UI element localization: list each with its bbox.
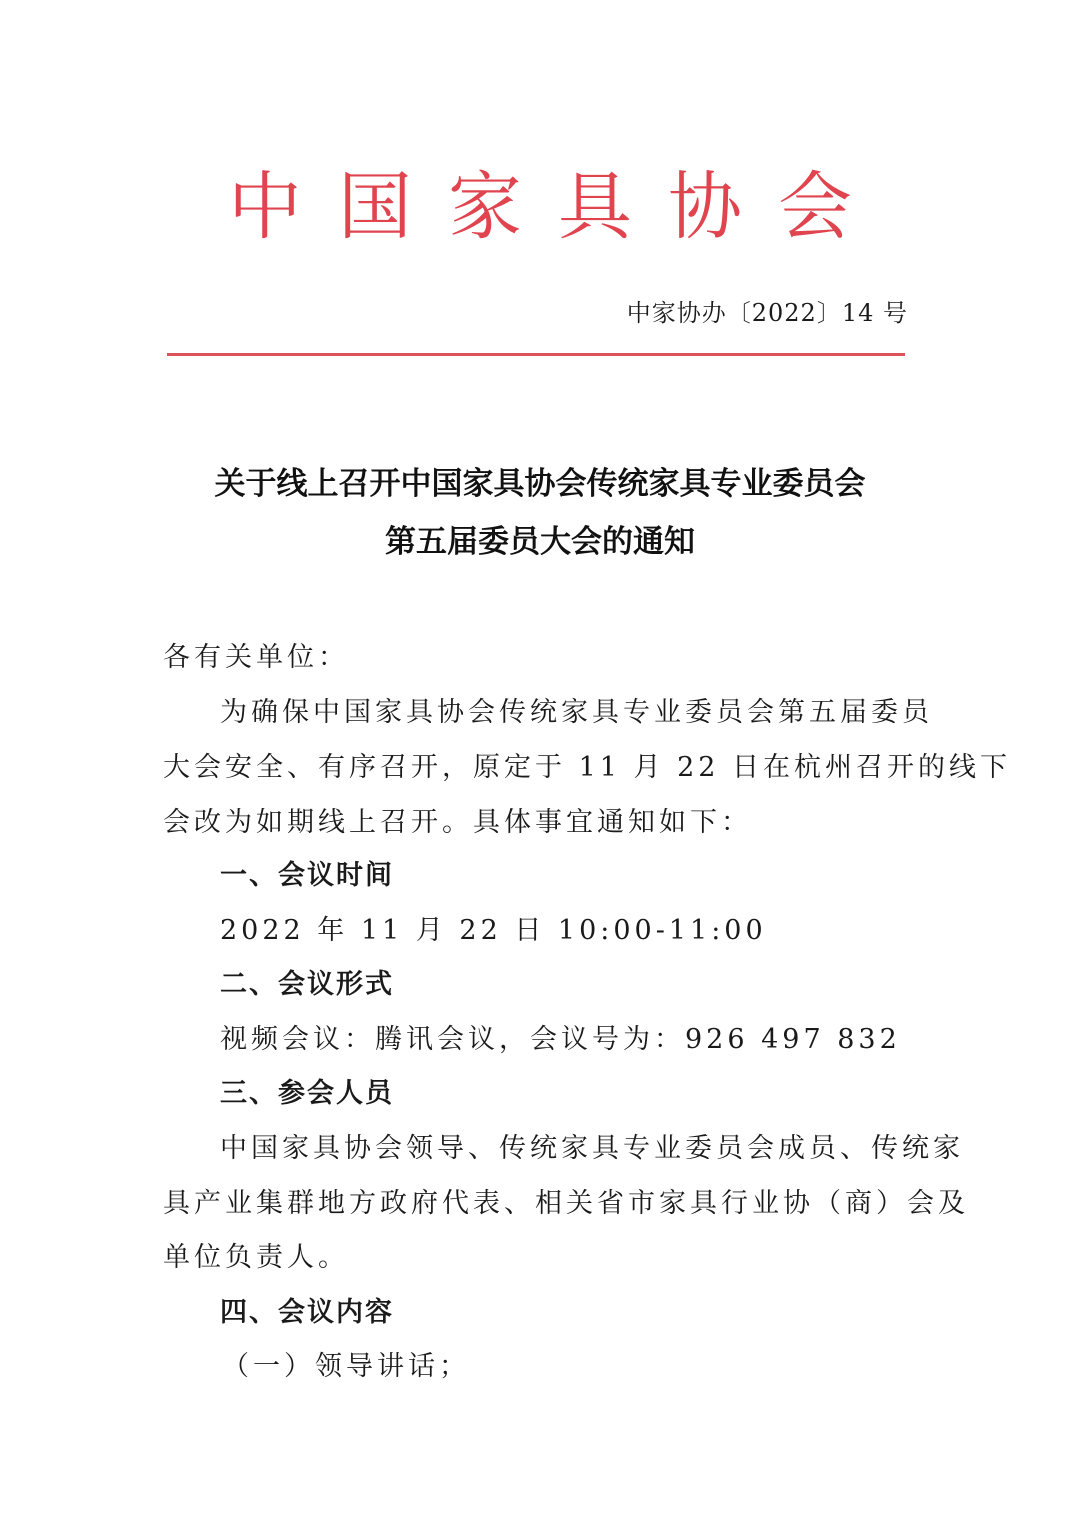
attendees-line: 具产业集群地方政府代表、相关省市家具行业协（商）会及 xyxy=(163,1186,908,1222)
section-heading-format: 二、会议形式 xyxy=(220,967,970,1003)
letterhead-char: 国 xyxy=(335,162,415,252)
letterhead-char: 家 xyxy=(445,162,525,252)
section-heading-content: 四、会议内容 xyxy=(220,1295,970,1331)
document-title-line-2: 第五届委员大会的通知 xyxy=(160,520,920,564)
salutation: 各有关单位： xyxy=(163,640,913,676)
attendees-line: 单位负责人。 xyxy=(163,1240,913,1276)
intro-paragraph-line: 为确保中国家具协会传统家具专业委员会第五届委员 xyxy=(220,695,908,731)
letterhead-org-name: 中 国 家 具 协 会 xyxy=(225,162,855,252)
intro-paragraph-line: 大会安全、有序召开，原定于 11 月 22 日在杭州召开的线下 xyxy=(163,750,908,786)
letterhead-char: 会 xyxy=(775,162,855,252)
document-title-line-1: 关于线上召开中国家具协会传统家具专业委员会 xyxy=(160,462,920,506)
section-heading-time: 一、会议时间 xyxy=(220,858,970,894)
meeting-time: 2022 年 11 月 22 日 10:00-11:00 xyxy=(220,913,970,949)
letterhead-char: 具 xyxy=(555,162,635,252)
meeting-format: 视频会议：腾讯会议，会议号为：926 497 832 xyxy=(220,1022,970,1058)
letterhead-char: 中 xyxy=(225,162,305,252)
section-heading-attendees: 三、参会人员 xyxy=(220,1076,970,1112)
intro-paragraph-line: 会改为如期线上召开。具体事宜通知如下： xyxy=(163,805,913,841)
letterhead-divider xyxy=(167,353,905,356)
attendees-line: 中国家具协会领导、传统家具专业委员会成员、传统家 xyxy=(220,1131,908,1167)
document-page: 中 国 家 具 协 会 中家协办〔2022〕14 号 关于线上召开中国家具协会传… xyxy=(0,0,1080,1526)
document-number: 中家协办〔2022〕14 号 xyxy=(627,296,908,330)
letterhead-char: 协 xyxy=(665,162,745,252)
content-item: （一）领导讲话； xyxy=(222,1349,972,1385)
